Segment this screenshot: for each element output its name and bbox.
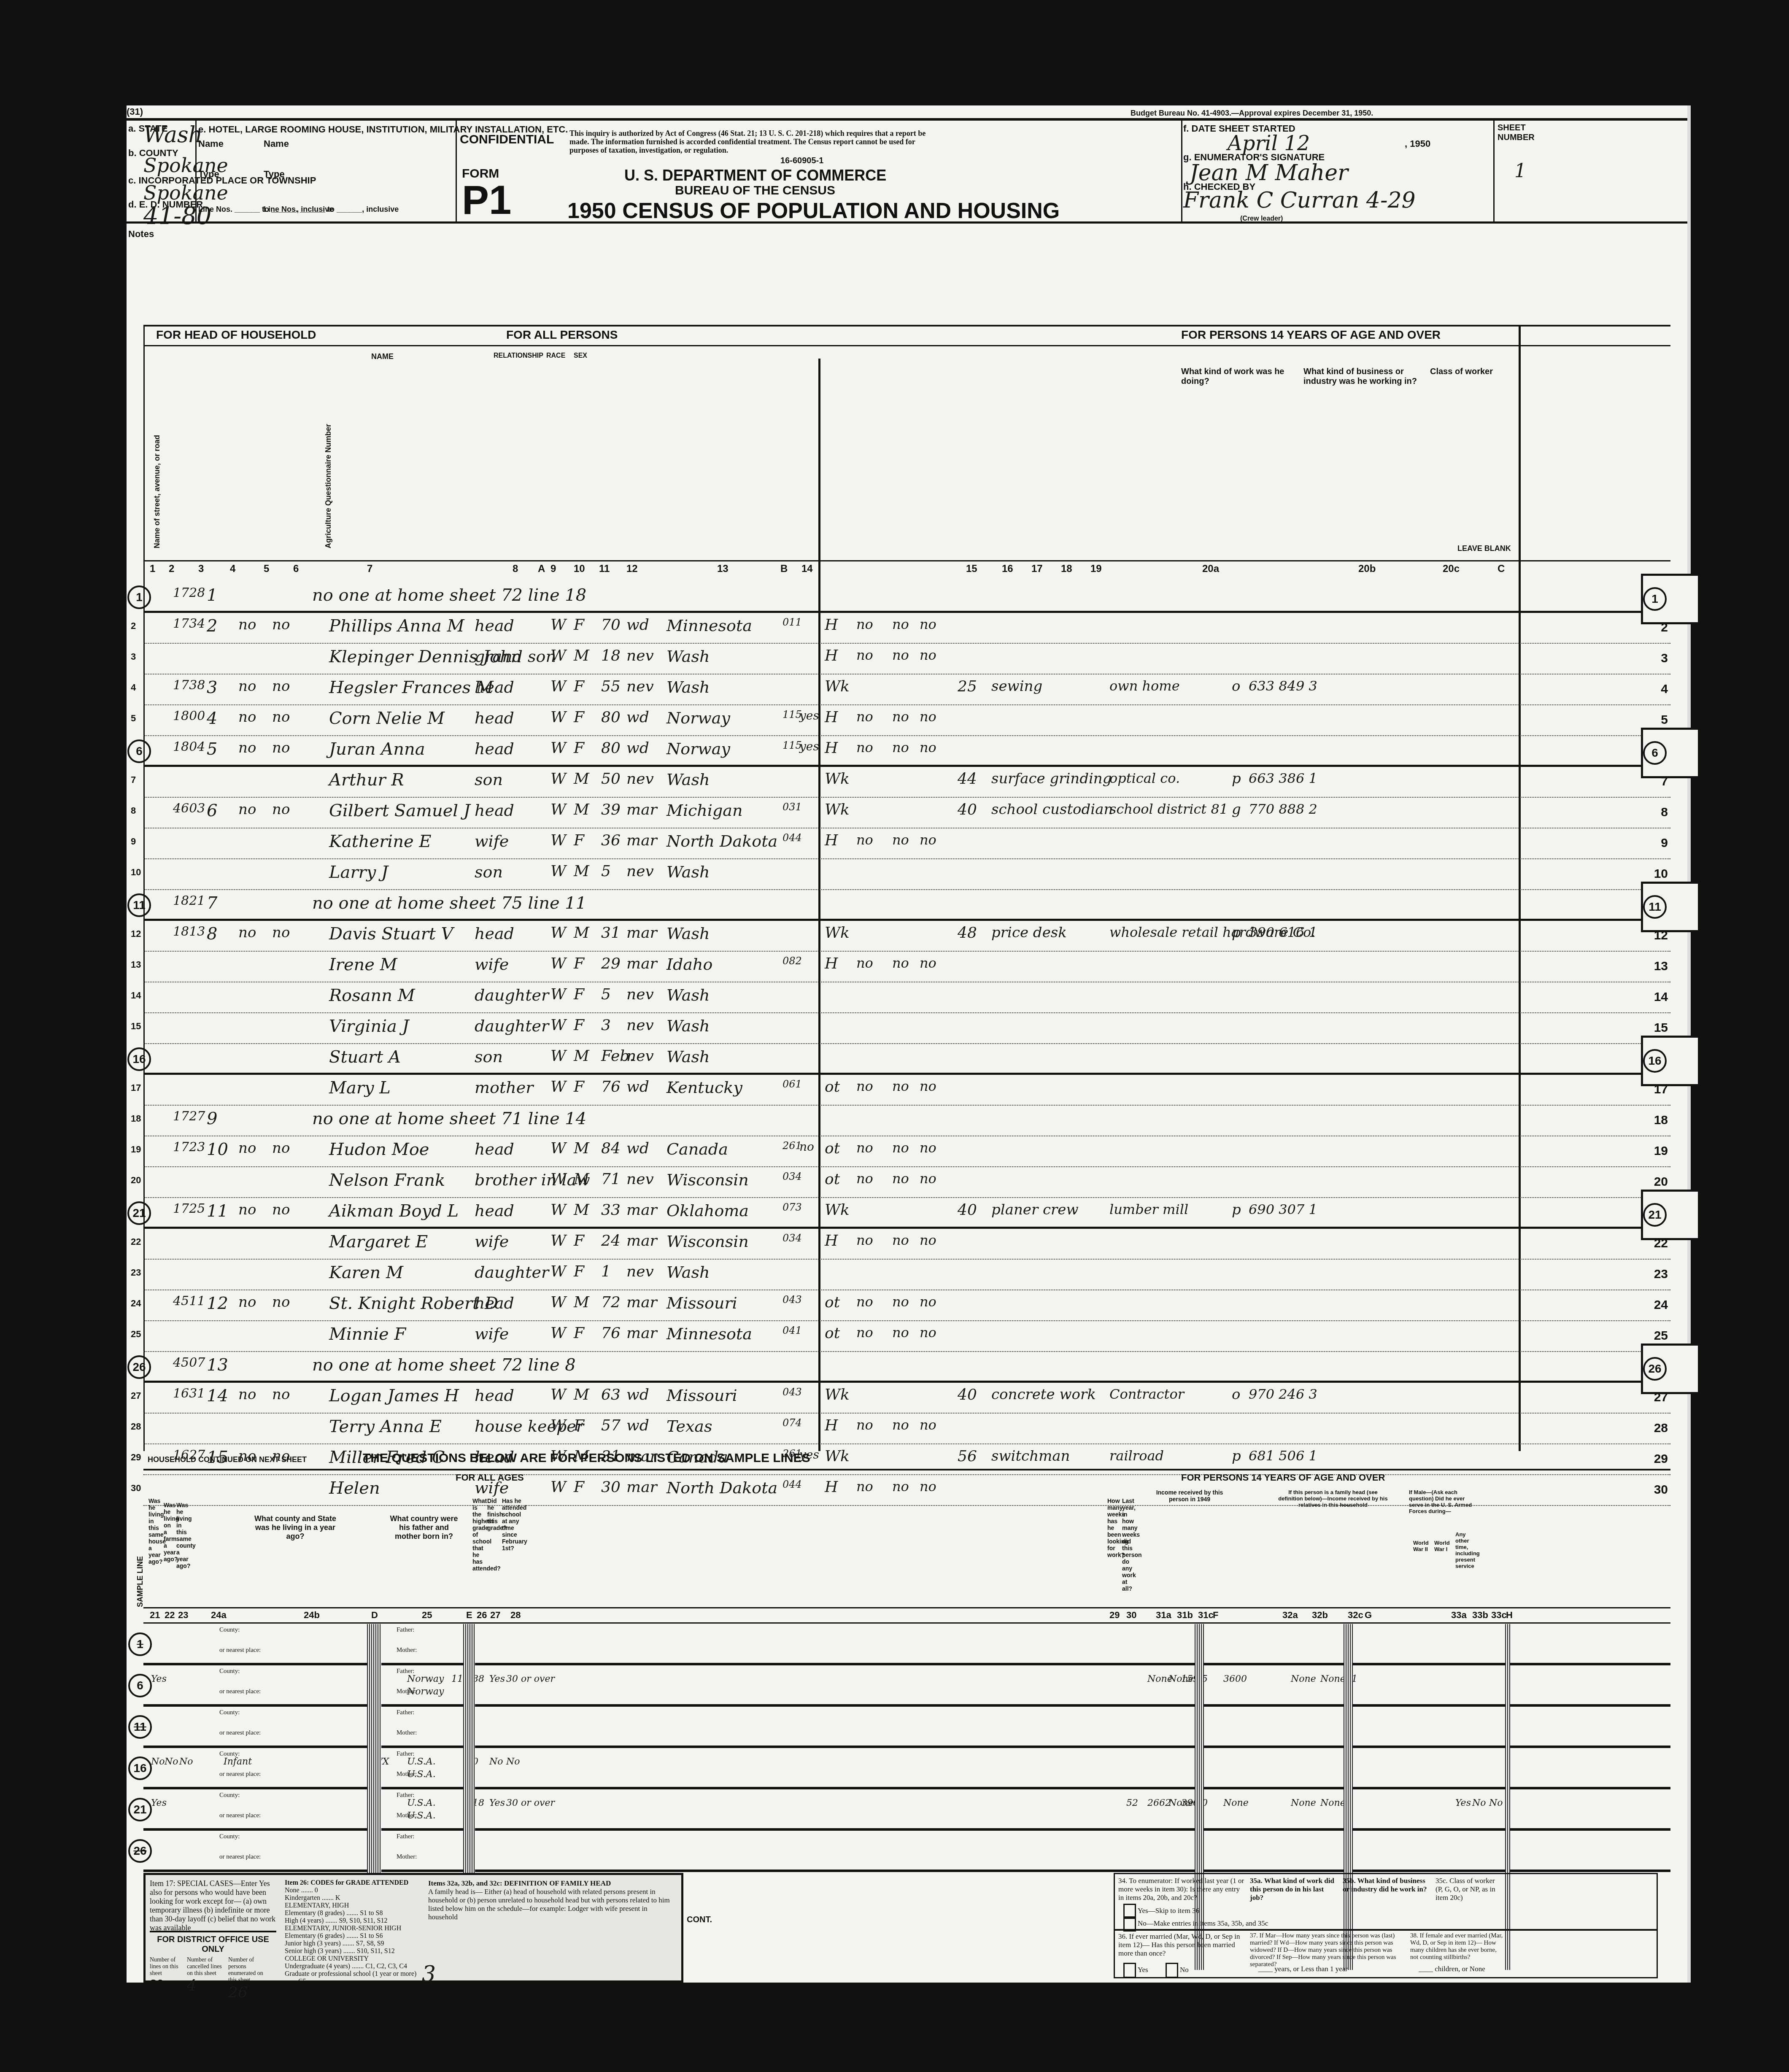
ww1-service[interactable]: No [1472,1798,1486,1808]
persons-label: Number of persons enumerated on this she… [228,1957,270,1984]
has-job: no [920,1078,936,1094]
age: 80 [601,739,621,757]
previous-county[interactable]: Infant [224,1756,252,1767]
q22-answer[interactable]: No [165,1756,178,1767]
sex-column-heading: SEX [574,352,587,360]
cancelled-label: Number of cancelled lines on this sheet [187,1957,225,1977]
person-name: Juran Anna [329,739,425,759]
person-name: Mary L [329,1078,391,1098]
marital-status: wd [626,616,649,634]
colnum-4: 4 [230,563,235,575]
sex: M [574,1140,589,1157]
hours-worked: 40 [958,1386,977,1403]
sample-colnum: H [1506,1610,1513,1621]
code-b: 115 [783,739,802,751]
budget-note: Budget Bureau No. 41-4903.—Approval expi… [1131,109,1373,118]
q38-answer[interactable]: ____ children, or None [1419,1965,1485,1973]
q24-header: What county and State was he living in a… [253,1514,337,1541]
relationship: head [475,1294,514,1312]
birthplace: Oklahoma [666,1201,749,1220]
institution-name-label-1: Name [198,138,224,149]
did-work: no [856,616,873,632]
colnum-5: 5 [264,563,269,575]
marital-status: mar [626,1232,657,1249]
acres-answer: no [272,801,290,818]
naturalized: no [799,1140,814,1154]
employment-status: H [825,616,838,634]
district-office-heading: FOR DISTRICT OFFICE USE ONLY [150,1935,276,1954]
employment-status: H [825,647,838,664]
industry: optical co. [1109,770,1180,786]
persons-14-heading: FOR PERSONS 14 YEARS OF AGE AND OVER [1181,328,1441,342]
farm-answer: no [238,1294,256,1311]
sex: M [574,924,589,942]
serial-number: 7 [207,893,217,913]
birthplace: Missouri [666,1294,737,1312]
school-attendance[interactable]: 30 or over [506,1798,555,1808]
q36-text: 36. If ever married (Mar, Wd, D, or Sep … [1118,1932,1241,1958]
table-row: Klepinger Dennis Johngrand sonWM18nevWas… [143,644,1670,674]
serial-number: 14 [207,1386,228,1406]
grade-code-item: COLLEGE OR UNIVERSITY [285,1955,420,1963]
looking-for-work: no [892,832,909,848]
birthplace: Wisconsin [666,1232,749,1251]
school-attendance[interactable]: 30 or over [506,1674,555,1684]
birthplace: Kentucky [666,1078,742,1097]
house-number: 1738 [173,678,205,693]
other-service[interactable]: No [1489,1798,1503,1808]
line-number-left: 8 [131,805,136,816]
sheet-number-value: 1 [1514,160,1526,182]
grade-code-item: Junior high (3 years) ....... S7, S8, S9 [285,1940,420,1948]
colnum-13: 13 [717,563,729,575]
sample-colnum: 27 [490,1610,500,1621]
footer-notes: Item 17: SPECIAL CASES—Enter Yes also fo… [143,1873,683,1983]
birthplace: Wash [666,678,710,696]
colnum-7: 7 [367,563,372,575]
q21-answer[interactable]: Yes [151,1674,167,1684]
q36-no-option[interactable]: No [1166,1963,1189,1978]
birthplace: Wash [666,770,710,789]
person-name: Logan James H [329,1386,459,1406]
relatives-other[interactable]: None [1320,1674,1346,1684]
birthplace: Wash [666,647,710,666]
q25-header: What country were his father and mother … [388,1514,460,1541]
employment-status: ot [825,1078,840,1095]
farm-answer: no [238,709,256,726]
sex: M [574,1047,589,1065]
form-id: 16-60905-1 [780,156,823,166]
person-name: Stuart A [329,1047,401,1067]
colnum-20c: 20c [1443,563,1460,575]
birthplace: Michigan [666,801,742,820]
serial-number: 9 [207,1109,217,1128]
relationship: head [475,1140,514,1158]
table-row: no one at home sheet 72 line 84507132626 [143,1352,1670,1383]
colnum-B: B [780,563,788,575]
relationship: daughter [475,1017,549,1035]
mother-birthplace[interactable]: U.S.A. [407,1769,436,1780]
q33c-header: Any other time, including present servic… [1455,1531,1472,1569]
table-row: 172310nonoHudon MoeheadWM84wdCanada261no… [143,1136,1670,1167]
relationship: head [475,739,514,758]
office-code: 633 849 3 [1249,678,1317,694]
marital-status: nev [626,863,654,880]
sample-line-circle: 16 [1643,1049,1667,1073]
did-work: no [856,955,873,971]
marital-status: nev [626,986,654,1003]
line-nos-label-2: Line Nos. ______ to ______, inclusive [264,205,399,214]
employment-status: H [825,709,838,726]
census-sheet: (31) a. STATE Wash b. COUNTY Spokane c. … [127,105,1691,1983]
relationship: house keeper [475,1417,584,1435]
marital-status: nev [626,678,654,695]
sample-line-circle: 6 [128,1674,152,1697]
has-job: no [920,1140,936,1156]
industry: own home [1109,678,1180,694]
q36-no-label: No [1180,1966,1189,1974]
finished-grade[interactable]: No [489,1756,503,1767]
q23-header: Was he living in this same county a year… [176,1502,186,1569]
county-label: County: [219,1627,240,1634]
q34-no-label: No—Make entries in items 35a, 35b, and 3… [1138,1919,1268,1927]
page-mark: 3 [422,1961,436,1987]
has-job: no [920,739,936,755]
line-number-left: 13 [131,959,141,970]
no-one-home-note: no one at home sheet 72 line 18 [312,585,586,605]
employment-status: H [825,1232,838,1249]
table-row: Arthur RsonWM50nevWashWk44surface grindi… [143,767,1670,798]
relatives-other[interactable]: None [1320,1798,1346,1808]
q26-header: What is the highest grade of school that… [472,1497,485,1572]
person-name: Hudon Moe [329,1140,429,1159]
line-number: 30 [1654,1483,1668,1497]
q38-text: 38. If female and ever married (Mar, Wd,… [1410,1932,1503,1961]
birthplace: North Dakota [666,1478,777,1497]
employment-status: Wk [825,1448,850,1465]
code-b: 043 [783,1294,802,1306]
has-job: no [920,1325,936,1341]
sample-line-circle-left: 1 [127,585,151,609]
relatives-business[interactable]: None [1291,1798,1316,1808]
weeks-worked[interactable]: 52 [1126,1798,1138,1808]
name-column-heading: NAME [371,352,394,361]
person-name: Karen M [329,1263,403,1282]
form-code: (31) [127,106,143,117]
code-b: 261 [783,1140,802,1152]
relatives-wages[interactable]: 3600 [1223,1674,1247,1684]
finished-grade[interactable]: Yes [489,1798,505,1808]
marital-status: mar [626,1294,657,1311]
ww2-service[interactable]: Yes [1455,1798,1471,1808]
race: W [550,863,566,880]
person-name: Virginia J [329,1017,409,1036]
table-row: 18138nonoDavis Stuart VheadWM31marWashWk… [143,921,1670,952]
mother-birthplace[interactable]: U.S.A. [407,1810,436,1821]
code-b: 031 [783,801,802,813]
q22-header: Was he living on a farm a year ago? [164,1502,173,1562]
marital-status: nev [626,1263,654,1280]
office-code: 970 246 3 [1249,1386,1317,1402]
family-head-box: Items 32a, 32b, and 32c: DEFINITION OF F… [428,1879,673,1921]
mother-birthplace[interactable]: Norway [407,1686,444,1697]
sex: M [574,1201,589,1219]
q32-group-header: If this person is a family head (see def… [1278,1489,1388,1508]
q21-answer[interactable]: Yes [151,1798,167,1808]
grade-code-item: Undergraduate (4 years) ....... C1, C2, … [285,1963,420,1970]
race: W [550,1140,566,1157]
line-number: 17 [1654,1082,1668,1097]
line-number: 13 [1654,959,1668,974]
serial-number: 6 [207,801,217,820]
did-work: no [856,1140,873,1156]
line-number-left: 19 [131,1144,141,1155]
sample-line-circle: 1 [128,1632,152,1656]
age: 76 [601,1078,621,1095]
relationship: wife [475,955,509,974]
race: W [550,709,566,726]
line-number-left: 30 [131,1483,141,1494]
relatives-business[interactable]: None [1291,1674,1316,1684]
q36-no-checkbox[interactable] [1166,1963,1178,1978]
q21-answer[interactable]: No [151,1756,165,1767]
relationship: head [475,678,514,696]
relationship: head [475,1201,514,1220]
acres-answer: no [272,1140,290,1157]
class-of-worker: o [1232,678,1240,695]
father-birthplace[interactable]: U.S.A. [407,1756,436,1767]
race: W [550,616,566,634]
class-of-worker: o [1232,1386,1240,1403]
looking-for-work: no [892,647,909,663]
marital-status: wd [626,739,649,757]
table-row: Katherine EwifeWF36marNorth Dakota044Hno… [143,828,1670,859]
father-birthplace[interactable]: Norway [407,1674,444,1684]
relationship: head [475,1386,514,1405]
code-b: 034 [783,1232,802,1244]
sex: F [574,678,584,695]
acres-answer: no [272,924,290,941]
colnum-2: 2 [169,563,174,575]
has-job: no [920,1171,936,1187]
school-attendance[interactable]: No [506,1756,520,1767]
lines-value: 30 [150,1977,183,1991]
table-row: 451112nonoSt. Knight Robert DheadWM72mar… [143,1290,1670,1321]
q34-yes-label: Yes—Skip to item 36 [1138,1907,1199,1915]
line-number: 4 [1661,682,1668,696]
sex: M [574,770,589,788]
employment-status: Wk [825,678,850,695]
colnum-20b: 20b [1358,563,1376,575]
mother-label: Mother: [397,1853,417,1861]
sex: F [574,955,584,972]
line-number-left: 17 [131,1082,141,1093]
class-of-worker: p [1232,770,1241,787]
sex: F [574,832,584,849]
person-name: Hegsler Frances M [329,678,494,697]
age: 70 [601,616,621,634]
marital-status: wd [626,709,649,726]
race: W [550,924,566,942]
grade-code-item: ELEMENTARY, HIGH [285,1902,420,1910]
confidential-label: CONFIDENTIAL [460,132,554,147]
relationship: wife [475,1325,509,1343]
table-row: Terry Anna Ehouse keeperWF57wdTexas074Hn… [143,1414,1670,1444]
birthplace: Canada [666,1140,728,1158]
nearest-place-label: or nearest place: [219,1771,261,1778]
looking-for-work: no [892,955,909,971]
code-b: 115 [783,709,802,720]
line-number: 18 [1654,1113,1668,1128]
wage-income[interactable]: 2662 [1147,1798,1171,1808]
sample-colnum: 25 [422,1610,432,1621]
table-row: 17342nonoPhillips Anna MheadWF70wdMinnes… [143,613,1670,644]
relationship: brother in law [475,1171,590,1189]
sample-line-circle: 6 [1643,741,1667,765]
father-birthplace[interactable]: U.S.A. [407,1798,436,1808]
table-row: no one at home sheet 71 line 14172791818 [143,1106,1670,1136]
all-ages-heading: FOR ALL AGES [456,1472,524,1483]
acres-answer: no [272,1201,290,1218]
q36-yes-option[interactable]: Yes [1123,1963,1148,1978]
code-b: 044 [783,1478,802,1490]
race: W [550,678,566,695]
household-continued-label: HOUSEHOLD CONTINUED ON NEXT SHEET [148,1455,307,1464]
house-number: 4511 [173,1294,205,1308]
table-row: Mary LmotherWF76wdKentucky061otnonono171… [143,1075,1670,1106]
sample-line-circle: 11 [128,1715,152,1739]
race: W [550,801,566,818]
race: W [550,739,566,757]
sex: F [574,1263,584,1280]
has-job: no [920,1232,936,1248]
house-number: 4603 [173,801,205,816]
acres-answer: no [272,616,290,633]
marital-status: mar [626,1478,657,1496]
state-value: Wash [143,122,202,148]
q23-answer[interactable]: No [179,1756,193,1767]
relationship: wife [475,1232,509,1251]
sample-line-circle: 26 [1643,1357,1667,1381]
house-number: 1725 [173,1201,205,1216]
did-work: no [856,1171,873,1187]
race: W [550,832,566,849]
street-column-heading: Name of street, avenue, or road [153,435,162,548]
age: 84 [601,1140,621,1157]
sample-colnum: 33c [1491,1610,1507,1621]
colnum-20a: 20a [1202,563,1219,575]
person-name: Gilbert Samuel J [329,801,470,820]
nearest-place-label: or nearest place: [219,1688,261,1695]
age: 24 [601,1232,621,1249]
code-b: 011 [783,616,802,628]
sample-colnum: 31b [1177,1610,1193,1621]
employment-status: ot [825,1325,840,1342]
house-number: 1728 [173,585,205,600]
employment-status: Wk [825,801,850,818]
table-row: Rosann MdaughterWF5nevWash1414 [143,982,1670,1013]
q35a-text: 35a. What kind of work did this person d… [1250,1877,1334,1902]
line-number-left: 9 [131,836,136,847]
class-of-worker: g [1232,801,1241,818]
sample-line-circle-left: 11 [127,893,151,917]
class-of-worker: p [1232,1201,1241,1218]
marital-status: mar [626,1325,657,1342]
person-name: Arthur R [329,770,404,790]
serial-number: 4 [207,709,217,728]
sample-line-circle: 1 [1643,587,1667,611]
marital-status: wd [626,1417,649,1434]
code-b: 044 [783,832,802,844]
looking-for-work: no [892,1140,909,1156]
race: W [550,647,566,664]
race: W [550,1047,566,1065]
line-number: 23 [1654,1267,1668,1282]
birthplace: Wisconsin [666,1171,749,1189]
q37-answer[interactable]: ____ years, or Less than 1 year [1258,1965,1348,1973]
house-number: 1723 [173,1140,205,1155]
occupation: school custodian [991,801,1113,818]
has-job: no [920,832,936,848]
did-work: no [856,832,873,848]
code-b: 043 [783,1386,802,1398]
q31-group-header: Income received by this person in 1949 [1147,1489,1232,1503]
employment-status: H [825,1417,838,1434]
special-cases-note: Item 17: SPECIAL CASES—Enter Yes also fo… [150,1879,276,1932]
line-number: 3 [1661,651,1668,666]
line-number-left: 4 [131,682,136,693]
finished-grade[interactable]: Yes [489,1674,505,1684]
sex: F [574,1078,584,1095]
person-name: Rosann M [329,986,415,1005]
birthplace: Missouri [666,1386,737,1405]
q21-header: Was he living in this same house a year … [148,1497,160,1565]
q34-text: 34. To enumerator: If worked last year (… [1118,1877,1245,1902]
sex: M [574,1386,589,1403]
q36-yes-checkbox[interactable] [1123,1963,1136,1978]
has-job: no [920,616,936,632]
sample-colnum: 21 [150,1610,160,1621]
sample-colnum: 29 [1109,1610,1120,1621]
relatives-wages[interactable]: None [1223,1798,1249,1808]
house-number: 1804 [173,739,205,754]
house-number: 1727 [173,1109,205,1124]
looking-for-work: no [892,1294,909,1310]
line-number: 7 [1661,774,1668,789]
grade-code-item: Elementary (6 grades) ....... S1 to S6 [285,1932,420,1940]
agriculture-column-heading: Agriculture Questionnaire Number [324,424,333,548]
employment-status: H [825,955,838,972]
sample-colnum: 32b [1312,1610,1328,1621]
sample-colnum: 22 [165,1610,175,1621]
table-row: 172511nonoAikman Boyd LheadWM33marOklaho… [143,1198,1670,1229]
mother-label: Mother: [397,1647,417,1654]
line-number: 8 [1661,805,1668,820]
person-name: Aikman Boyd L [329,1201,459,1221]
did-work: no [856,1325,873,1341]
colnum-12: 12 [626,563,638,575]
sample-colnum: 33b [1472,1610,1488,1621]
line-number-left: 15 [131,1021,141,1032]
marital-status: wd [626,1140,649,1157]
grade-code-item: ELEMENTARY, JUNIOR-SENIOR HIGH [285,1925,420,1932]
relationship: head [475,801,514,820]
age: 50 [601,770,621,788]
district-office-box: FOR DISTRICT OFFICE USE ONLY Number of l… [150,1931,276,2001]
age: 76 [601,1325,621,1342]
persons-value: 26 [228,1984,270,2001]
industry: school district 81 [1109,801,1228,817]
